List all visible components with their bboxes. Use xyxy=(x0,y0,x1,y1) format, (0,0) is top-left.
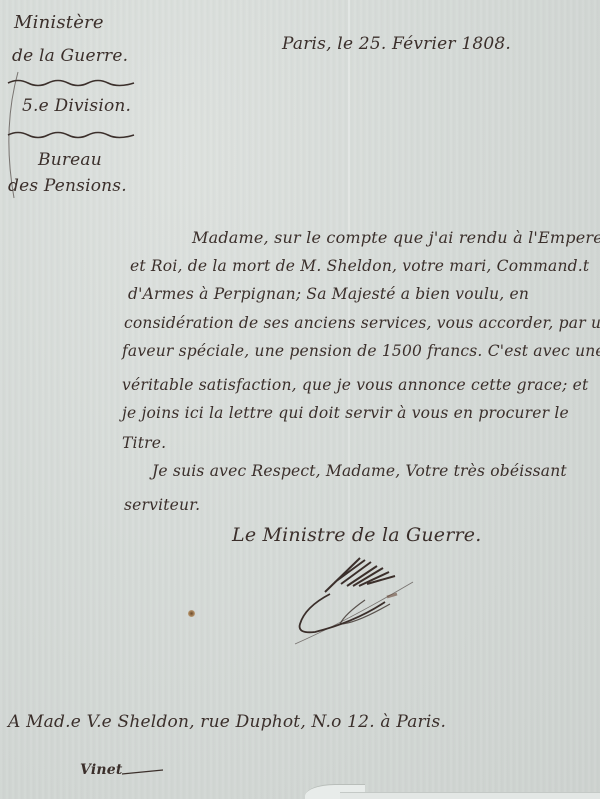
margin-flourish xyxy=(0,70,20,200)
recipient-address: A Mad.e V.e Sheldon, rue Duphot, N.o 12.… xyxy=(8,712,446,732)
signature-mark xyxy=(285,552,425,652)
letterhead-bureau: Bureau xyxy=(38,150,102,170)
letterhead-ministry: Ministère xyxy=(14,12,104,33)
letterhead-pensions: des Pensions. xyxy=(8,176,127,196)
letter-paper xyxy=(0,0,600,799)
annotation-underline xyxy=(120,768,165,776)
body-line: d'Armes à Perpignan; Sa Majesté a bien v… xyxy=(128,285,529,303)
flourish-divider xyxy=(6,130,136,140)
body-line: faveur spéciale, une pension de 1500 fra… xyxy=(122,342,600,360)
letterhead-war: de la Guerre. xyxy=(12,46,128,66)
closing-line: Je suis avec Respect, Madame, Votre très… xyxy=(152,462,567,480)
body-line: Madame, sur le compte que j'ai rendu à l… xyxy=(192,228,600,247)
foxing-stain xyxy=(188,610,195,617)
body-line: véritable satisfaction, que je vous anno… xyxy=(122,376,588,394)
closing-line: serviteur. xyxy=(124,496,200,514)
dateline: Paris, le 25. Février 1808. xyxy=(282,34,511,54)
body-line: et Roi, de la mort de M. Sheldon, votre … xyxy=(130,257,589,275)
signature-title: Le Ministre de la Guerre. xyxy=(232,524,482,546)
paper-bottom-edge xyxy=(340,792,600,799)
clerk-annotation: Vinet xyxy=(80,762,123,778)
flourish-divider xyxy=(6,78,136,88)
letterhead-division: 5.e Division. xyxy=(22,96,131,116)
body-line: je joins ici la lettre qui doit servir à… xyxy=(122,404,569,422)
body-line: Titre. xyxy=(122,434,166,452)
body-line: considération de ses anciens services, v… xyxy=(124,314,600,332)
